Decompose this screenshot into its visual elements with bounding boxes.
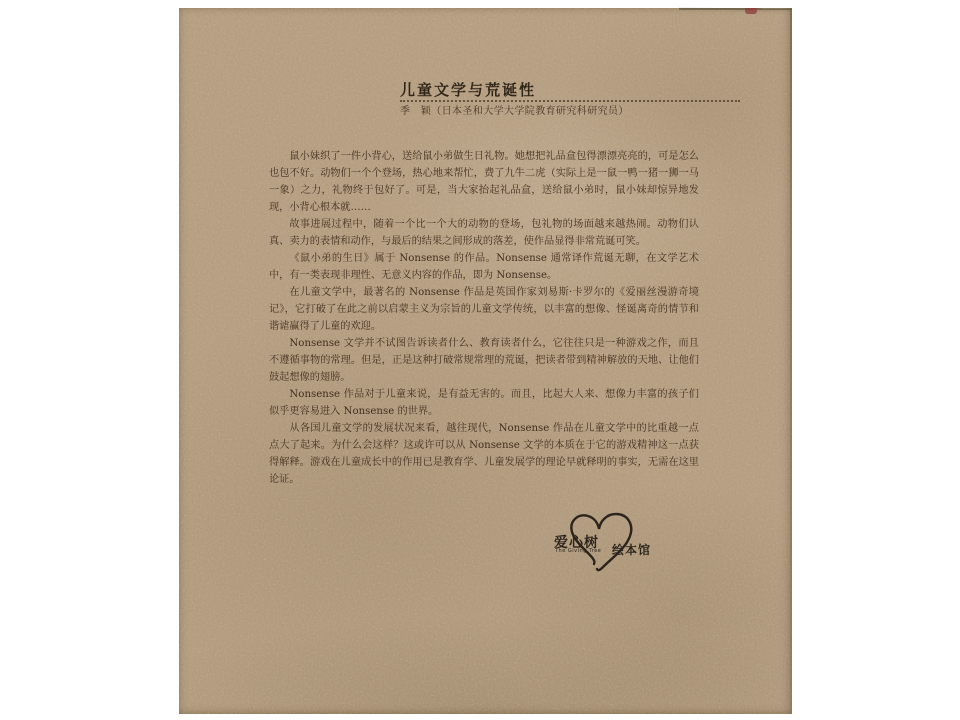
article-paragraph: 故事进展过程中，随着一个比一个大的动物的登场，包礼物的场面越来越热闹。动物们认真… bbox=[269, 216, 699, 250]
logo-suffix: 绘本馆 bbox=[612, 541, 651, 558]
scan-canvas: { "document": { "title": "儿童文学与荒诞性", "by… bbox=[0, 0, 960, 720]
article-header: 儿童文学与荒诞性 季 颖（日本圣和大学大学院教育研究科研究员） bbox=[400, 82, 745, 118]
article-byline: 季 颖（日本圣和大学大学院教育研究科研究员） bbox=[400, 105, 745, 118]
article-paragraph: Nonsense 文学并不试图告诉读者什么、教育读者什么，它往往只是一种游戏之作… bbox=[269, 335, 699, 386]
article-body: 鼠小妹织了一件小背心，送给鼠小弟做生日礼物。她想把礼品盒包得漂漂亮亮的，可是怎么… bbox=[269, 148, 699, 488]
title-dotted-rule bbox=[400, 100, 740, 102]
article-paragraph: 从各国儿童文学的发展状况来看，越往现代，Nonsense 作品在儿童文学中的比重… bbox=[269, 420, 699, 488]
article-paragraph: Nonsense 作品对于儿童来说，是有益无害的。而且，比起大人来、想像力丰富的… bbox=[269, 386, 699, 420]
logo-name-en: The Giving Tree bbox=[555, 548, 601, 554]
kraft-page: 儿童文学与荒诞性 季 颖（日本圣和大学大学院教育研究科研究员） 鼠小妹织了一件小… bbox=[179, 8, 792, 714]
page-edge-top bbox=[679, 8, 792, 10]
article-paragraph: 《鼠小弟的生日》属于 Nonsense 的作品。Nonsense 通常译作荒诞无… bbox=[269, 250, 699, 284]
article-paragraph: 在儿童文学中，最著名的 Nonsense 作品是英国作家刘易斯·卡罗尔的《爱丽丝… bbox=[269, 284, 699, 335]
page-title: 儿童文学与荒诞性 bbox=[400, 82, 745, 99]
page-edge-right bbox=[790, 8, 792, 714]
scan-artifact-red bbox=[745, 8, 757, 14]
article-paragraph: 鼠小妹织了一件小背心，送给鼠小弟做生日礼物。她想把礼品盒包得漂漂亮亮的，可是怎么… bbox=[269, 148, 699, 216]
publisher-logo: 爱心树 The Giving Tree 绘本馆 bbox=[554, 506, 674, 576]
